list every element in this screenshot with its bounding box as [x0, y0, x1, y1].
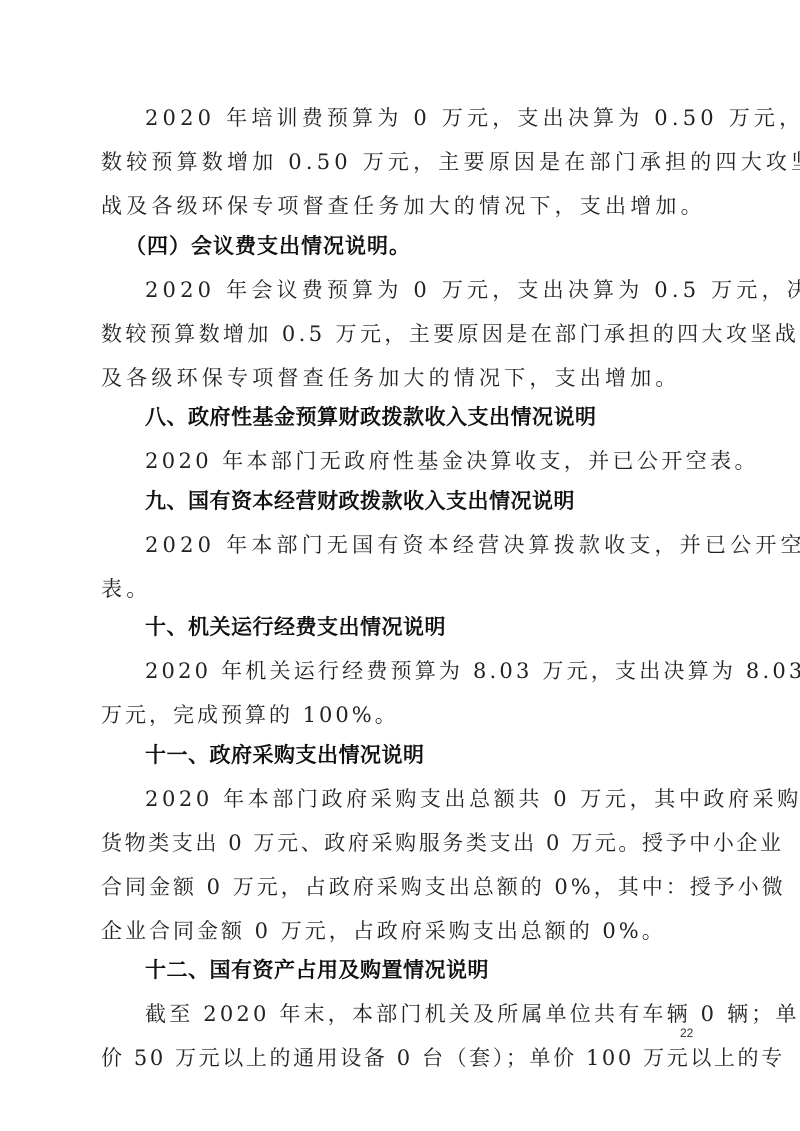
paragraph-line: 表。: [101, 574, 691, 604]
paragraph-line: 及各级环保专项督查任务加大的情况下，支出增加。: [101, 363, 691, 393]
section-heading-11: 十一、政府采购支出情况说明: [145, 740, 691, 770]
paragraph-line: 2020 年本部门无国有资本经营决算拨款收支，并已公开空: [145, 530, 691, 560]
subheading-meeting-fee: （四）会议费支出情况说明。: [125, 231, 671, 261]
paragraph-line: 截至 2020 年末，本部门机关及所属单位共有车辆 0 辆；单: [145, 999, 691, 1029]
paragraph-line: 2020 年机关运行经费预算为 8.03 万元，支出决算为 8.03: [145, 656, 691, 686]
paragraph-line: 数较预算数增加 0.5 万元，主要原因是在部门承担的四大攻坚战: [101, 319, 691, 349]
section-heading-9: 九、国有资本经营财政拨款收入支出情况说明: [145, 486, 691, 516]
paragraph-line: 货物类支出 0 万元、政府采购服务类支出 0 万元。授予中小企业: [101, 828, 691, 858]
paragraph-line: 价 50 万元以上的通用设备 0 台（套）；单价 100 万元以上的专: [101, 1043, 691, 1073]
section-heading-12: 十二、国有资产占用及购置情况说明: [145, 955, 691, 985]
paragraph-line: 企业合同金额 0 万元，占政府采购支出总额的 0%。: [101, 916, 691, 946]
paragraph-line: 2020 年会议费预算为 0 万元，支出决算为 0.5 万元，决算: [145, 275, 691, 305]
paragraph-line: 合同金额 0 万元，占政府采购支出总额的 0%，其中：授予小微: [101, 872, 691, 902]
paragraph-line: 2020 年本部门政府采购支出总额共 0 万元，其中政府采购: [145, 784, 691, 814]
paragraph-line: 战及各级环保专项督查任务加大的情况下，支出增加。: [101, 191, 691, 221]
section-heading-8: 八、政府性基金预算财政拨款收入支出情况说明: [145, 402, 691, 432]
paragraph-line: 2020 年培训费预算为 0 万元，支出决算为 0.50 万元，决算: [145, 103, 691, 133]
paragraph-line: 2020 年本部门无政府性基金决算收支，并已公开空表。: [145, 446, 691, 476]
paragraph-line: 数较预算数增加 0.50 万元，主要原因是在部门承担的四大攻坚: [101, 147, 691, 177]
page-number: 22: [680, 1026, 693, 1040]
paragraph-line: 万元，完成预算的 100%。: [101, 700, 691, 730]
section-heading-10: 十、机关运行经费支出情况说明: [145, 612, 691, 642]
